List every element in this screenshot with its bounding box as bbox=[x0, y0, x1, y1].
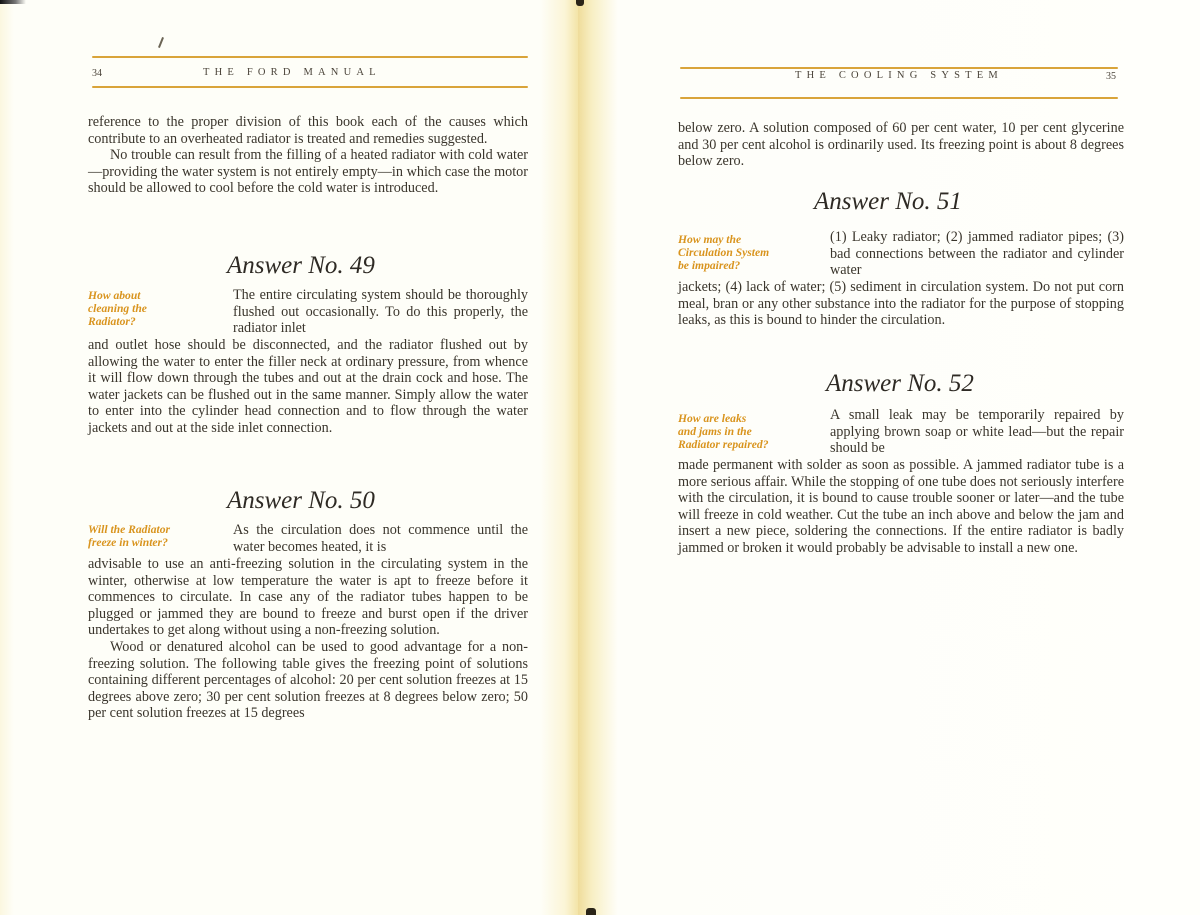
answer-49-lead: The entire circulating system should be … bbox=[233, 287, 528, 337]
answer-heading-51: Answer No. 51 bbox=[814, 188, 962, 216]
binding-shadow-top bbox=[576, 0, 584, 6]
right-page: THE COOLING SYSTEM 35 below zero. A solu… bbox=[578, 0, 1200, 915]
paragraph: Wood or denatured alcohol can be used to… bbox=[88, 639, 528, 722]
paragraph: reference to the proper division of this… bbox=[88, 114, 528, 147]
header-rule-bottom bbox=[92, 86, 528, 88]
paragraph: advisable to use an anti-freezing soluti… bbox=[88, 556, 528, 639]
answer-49-body: and outlet hose should be disconnected, … bbox=[88, 337, 528, 437]
book-spread: 34 THE FORD MANUAL reference to the prop… bbox=[0, 0, 1200, 915]
answer-52-lead: A small leak may be temporarily repaired… bbox=[830, 407, 1124, 457]
answer-51-lead: (1) Leaky radiator; (2) jammed radiator … bbox=[830, 229, 1124, 279]
sidenote-question-49: How about cleaning the Radiator? bbox=[88, 289, 218, 329]
paragraph: (1) Leaky radiator; (2) jammed radiator … bbox=[830, 229, 1124, 279]
intro-text: below zero. A solution composed of 60 pe… bbox=[678, 120, 1124, 170]
running-head: THE COOLING SYSTEM bbox=[795, 70, 1003, 81]
page-number: 34 bbox=[92, 68, 102, 79]
paragraph: The entire circulating system should be … bbox=[233, 287, 528, 337]
header-rule-bottom bbox=[680, 97, 1118, 99]
intro-text: reference to the proper division of this… bbox=[88, 114, 528, 197]
answer-heading-52: Answer No. 52 bbox=[826, 370, 974, 398]
paragraph: No trouble can result from the filling o… bbox=[88, 147, 528, 197]
answer-50-body: advisable to use an anti-freezing soluti… bbox=[88, 556, 528, 722]
header-rule-top bbox=[92, 56, 528, 58]
answer-51-body: jackets; (4) lack of water; (5) sediment… bbox=[678, 279, 1124, 329]
stray-pencil-mark bbox=[158, 37, 164, 48]
paragraph: and outlet hose should be disconnected, … bbox=[88, 337, 528, 437]
scan-edge-shadow bbox=[0, 0, 26, 4]
sidenote-question-52: How are leaks and jams in the Radiator r… bbox=[678, 412, 838, 452]
answer-heading-49: Answer No. 49 bbox=[227, 252, 375, 280]
paragraph: As the circulation does not commence unt… bbox=[233, 522, 528, 555]
paragraph: made permanent with solder as soon as po… bbox=[678, 457, 1124, 557]
answer-50-lead: As the circulation does not commence unt… bbox=[233, 522, 528, 555]
header-rule-top bbox=[680, 67, 1118, 69]
answer-heading-50: Answer No. 50 bbox=[227, 487, 375, 515]
page-number: 35 bbox=[1106, 71, 1116, 82]
binding-shadow-bottom bbox=[586, 908, 596, 915]
running-head: THE FORD MANUAL bbox=[203, 67, 381, 78]
sidenote-question-50: Will the Radiator freeze in winter? bbox=[88, 523, 238, 549]
answer-52-body: made permanent with solder as soon as po… bbox=[678, 457, 1124, 557]
paragraph: A small leak may be temporarily repaired… bbox=[830, 407, 1124, 457]
left-page: 34 THE FORD MANUAL reference to the prop… bbox=[0, 0, 578, 915]
paragraph: below zero. A solution composed of 60 pe… bbox=[678, 120, 1124, 170]
sidenote-question-51: How may the Circulation System be impair… bbox=[678, 233, 828, 273]
paragraph: jackets; (4) lack of water; (5) sediment… bbox=[678, 279, 1124, 329]
